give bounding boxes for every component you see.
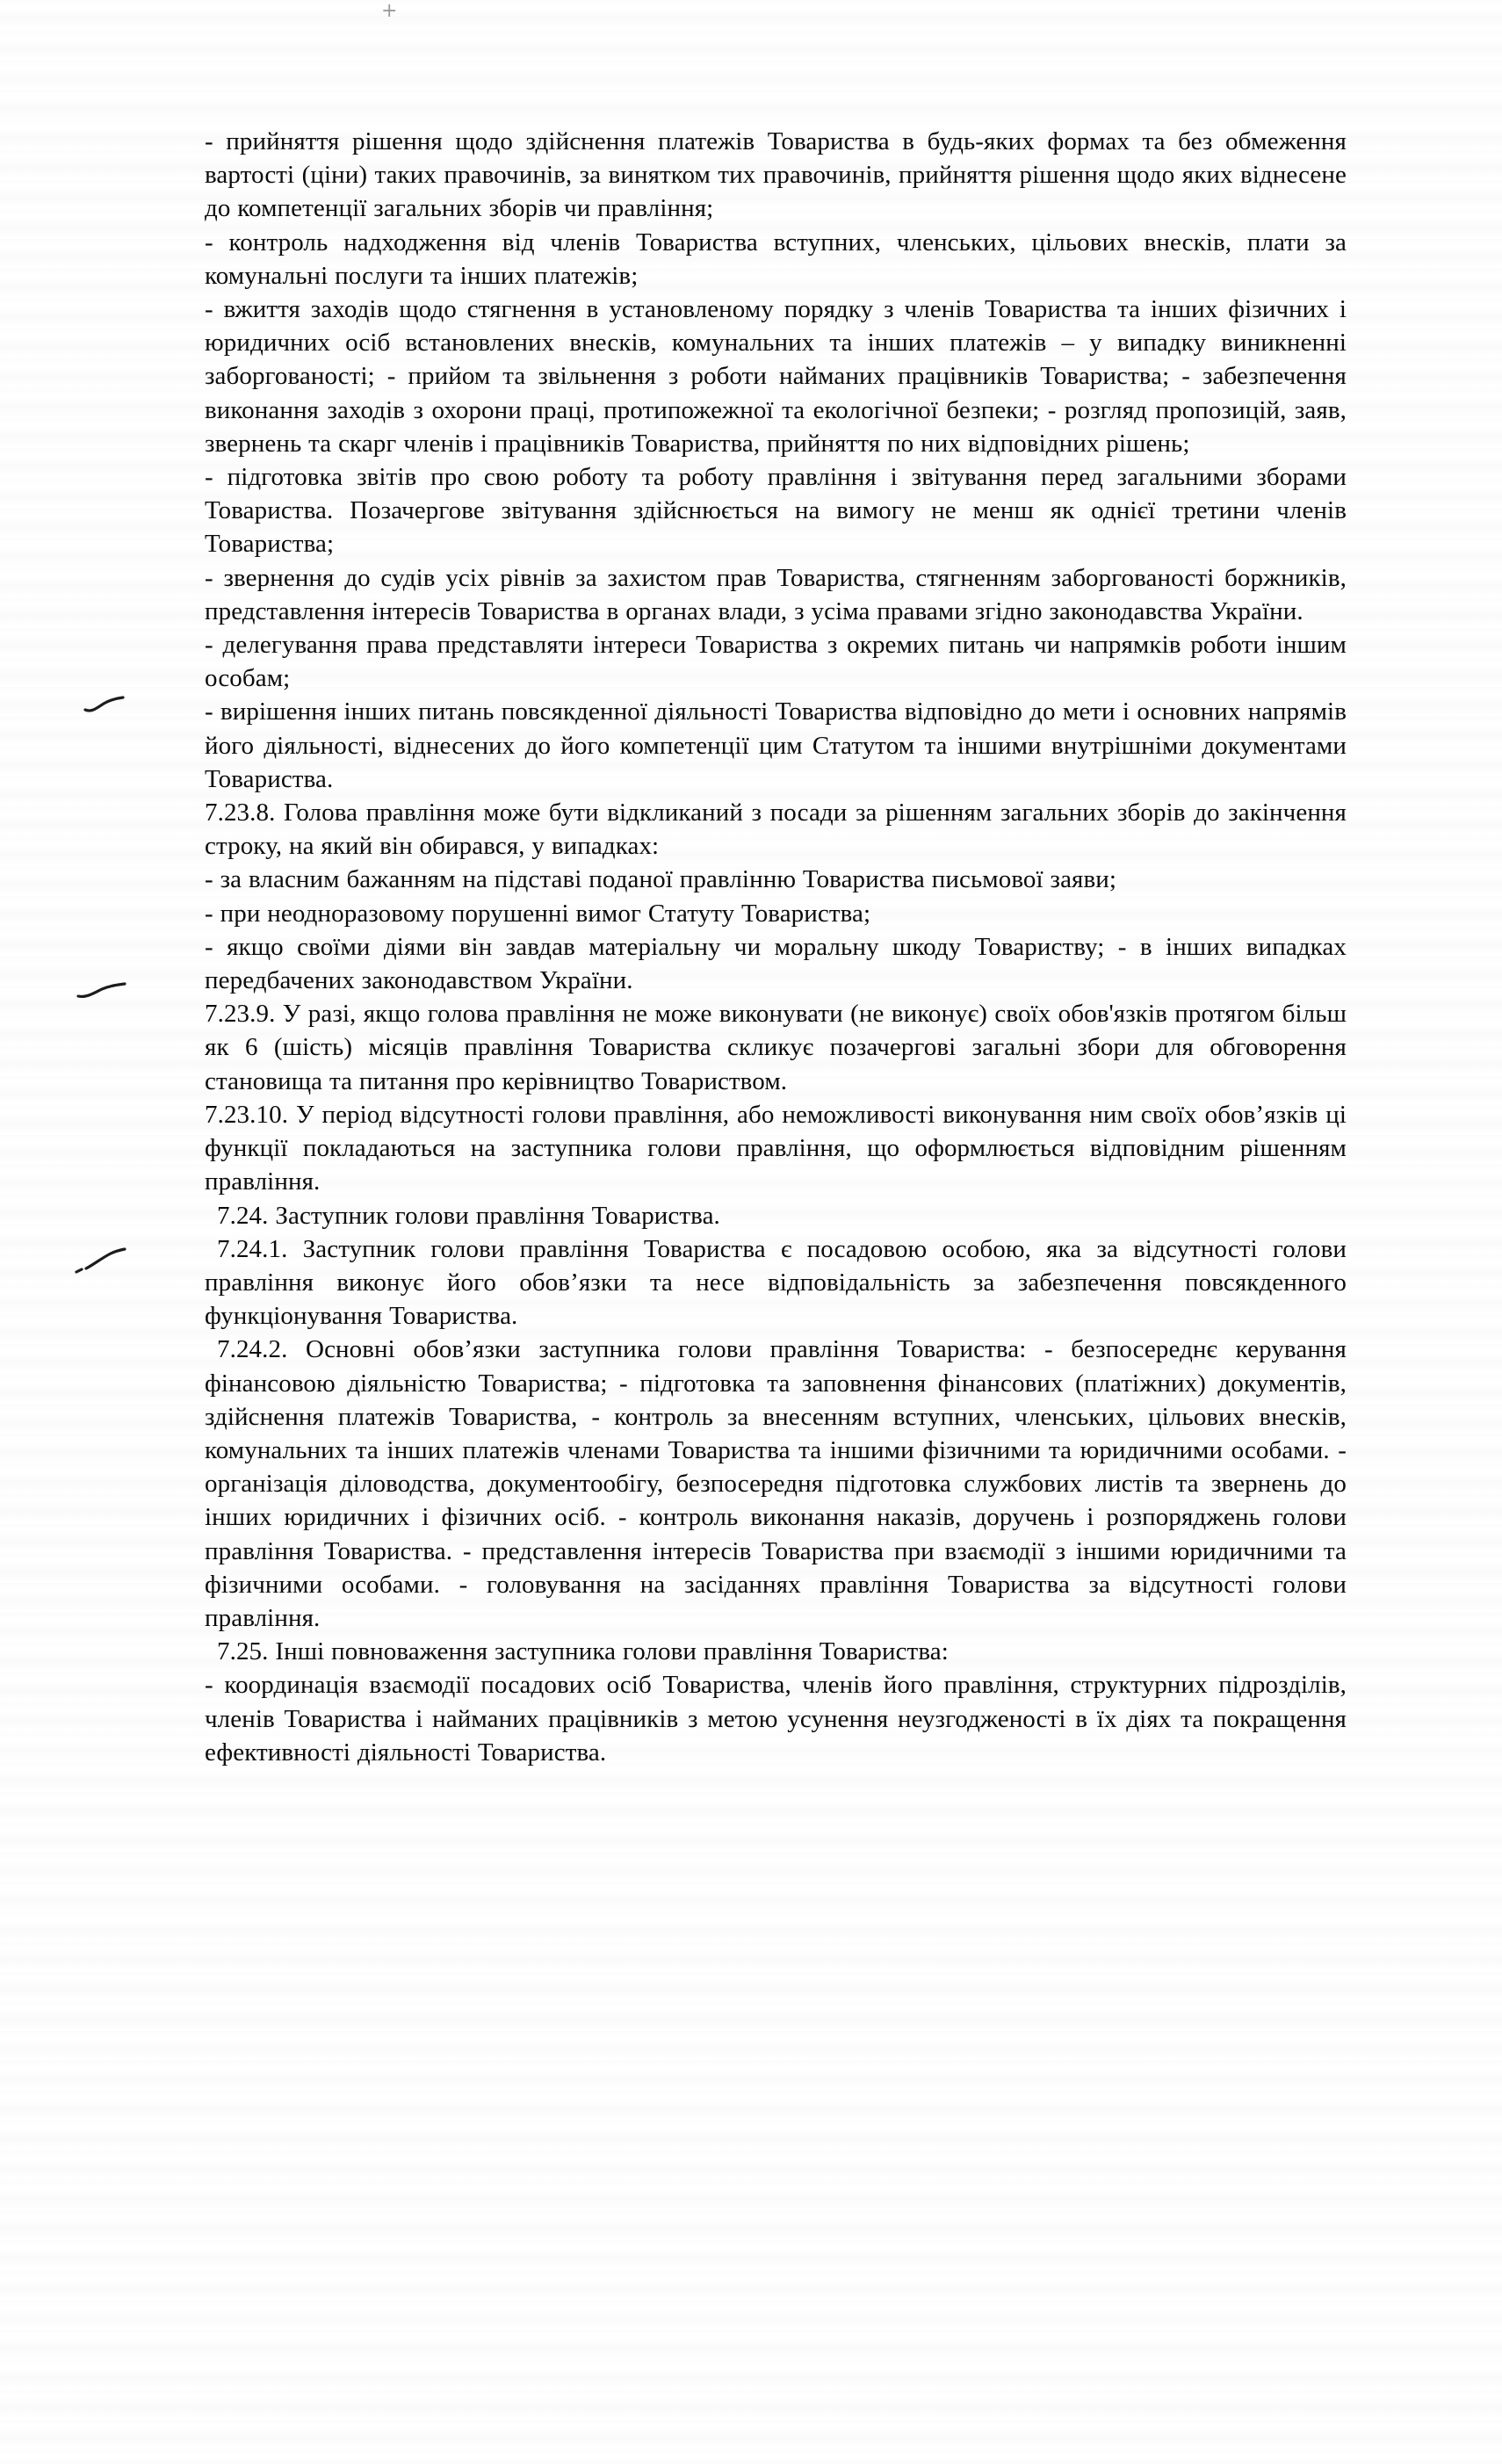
document-text: - прийняття рішення щодо здійснення плат… <box>205 125 1347 1769</box>
paragraph: - контроль надходження від членів Товари… <box>205 226 1347 293</box>
paragraph: - за власним бажанням на підставі подано… <box>205 863 1347 896</box>
paragraph: 7.23.10. У період відсутності голови пра… <box>205 1098 1347 1199</box>
paragraph: - якщо своїми діями він завдав матеріаль… <box>205 930 1347 997</box>
registration-mark: + <box>381 0 397 22</box>
margin-pen-mark-3 <box>74 1246 128 1275</box>
paragraph: 7.23.9. У разі, якщо голова правління не… <box>205 997 1347 1098</box>
paragraph: 7.25. Інші повноваження заступника голов… <box>205 1635 1347 1668</box>
paragraph: - при неодноразовому порушенні вимог Ста… <box>205 897 1347 930</box>
paragraph: - делегування права представляти інтерес… <box>205 628 1347 695</box>
paragraph: 7.24.2. Основні обов’язки заступника гол… <box>205 1333 1347 1635</box>
paragraph: - координація взаємодії посадових осіб Т… <box>205 1668 1347 1769</box>
paragraph: - вжиття заходів щодо стягнення в устано… <box>205 293 1347 460</box>
document-page: + - прийняття рішення щодо здійснення пл… <box>0 0 1502 2464</box>
paragraph: - звернення до судів усіх рівнів за захи… <box>205 561 1347 628</box>
paragraph: 7.23.8. Голова правління може бути відкл… <box>205 796 1347 863</box>
paragraph: - прийняття рішення щодо здійснення плат… <box>205 125 1347 226</box>
margin-pen-mark-2 <box>76 977 128 1001</box>
paragraph: 7.24.1. Заступник голови правління Товар… <box>205 1232 1347 1333</box>
paragraph: - вирішення інших питань повсякденної ді… <box>205 695 1347 796</box>
paragraph: 7.24. Заступник голови правління Товарис… <box>205 1199 1347 1232</box>
paragraph: - підготовка звітів про свою роботу та р… <box>205 460 1347 561</box>
margin-pen-mark-1 <box>83 692 128 715</box>
